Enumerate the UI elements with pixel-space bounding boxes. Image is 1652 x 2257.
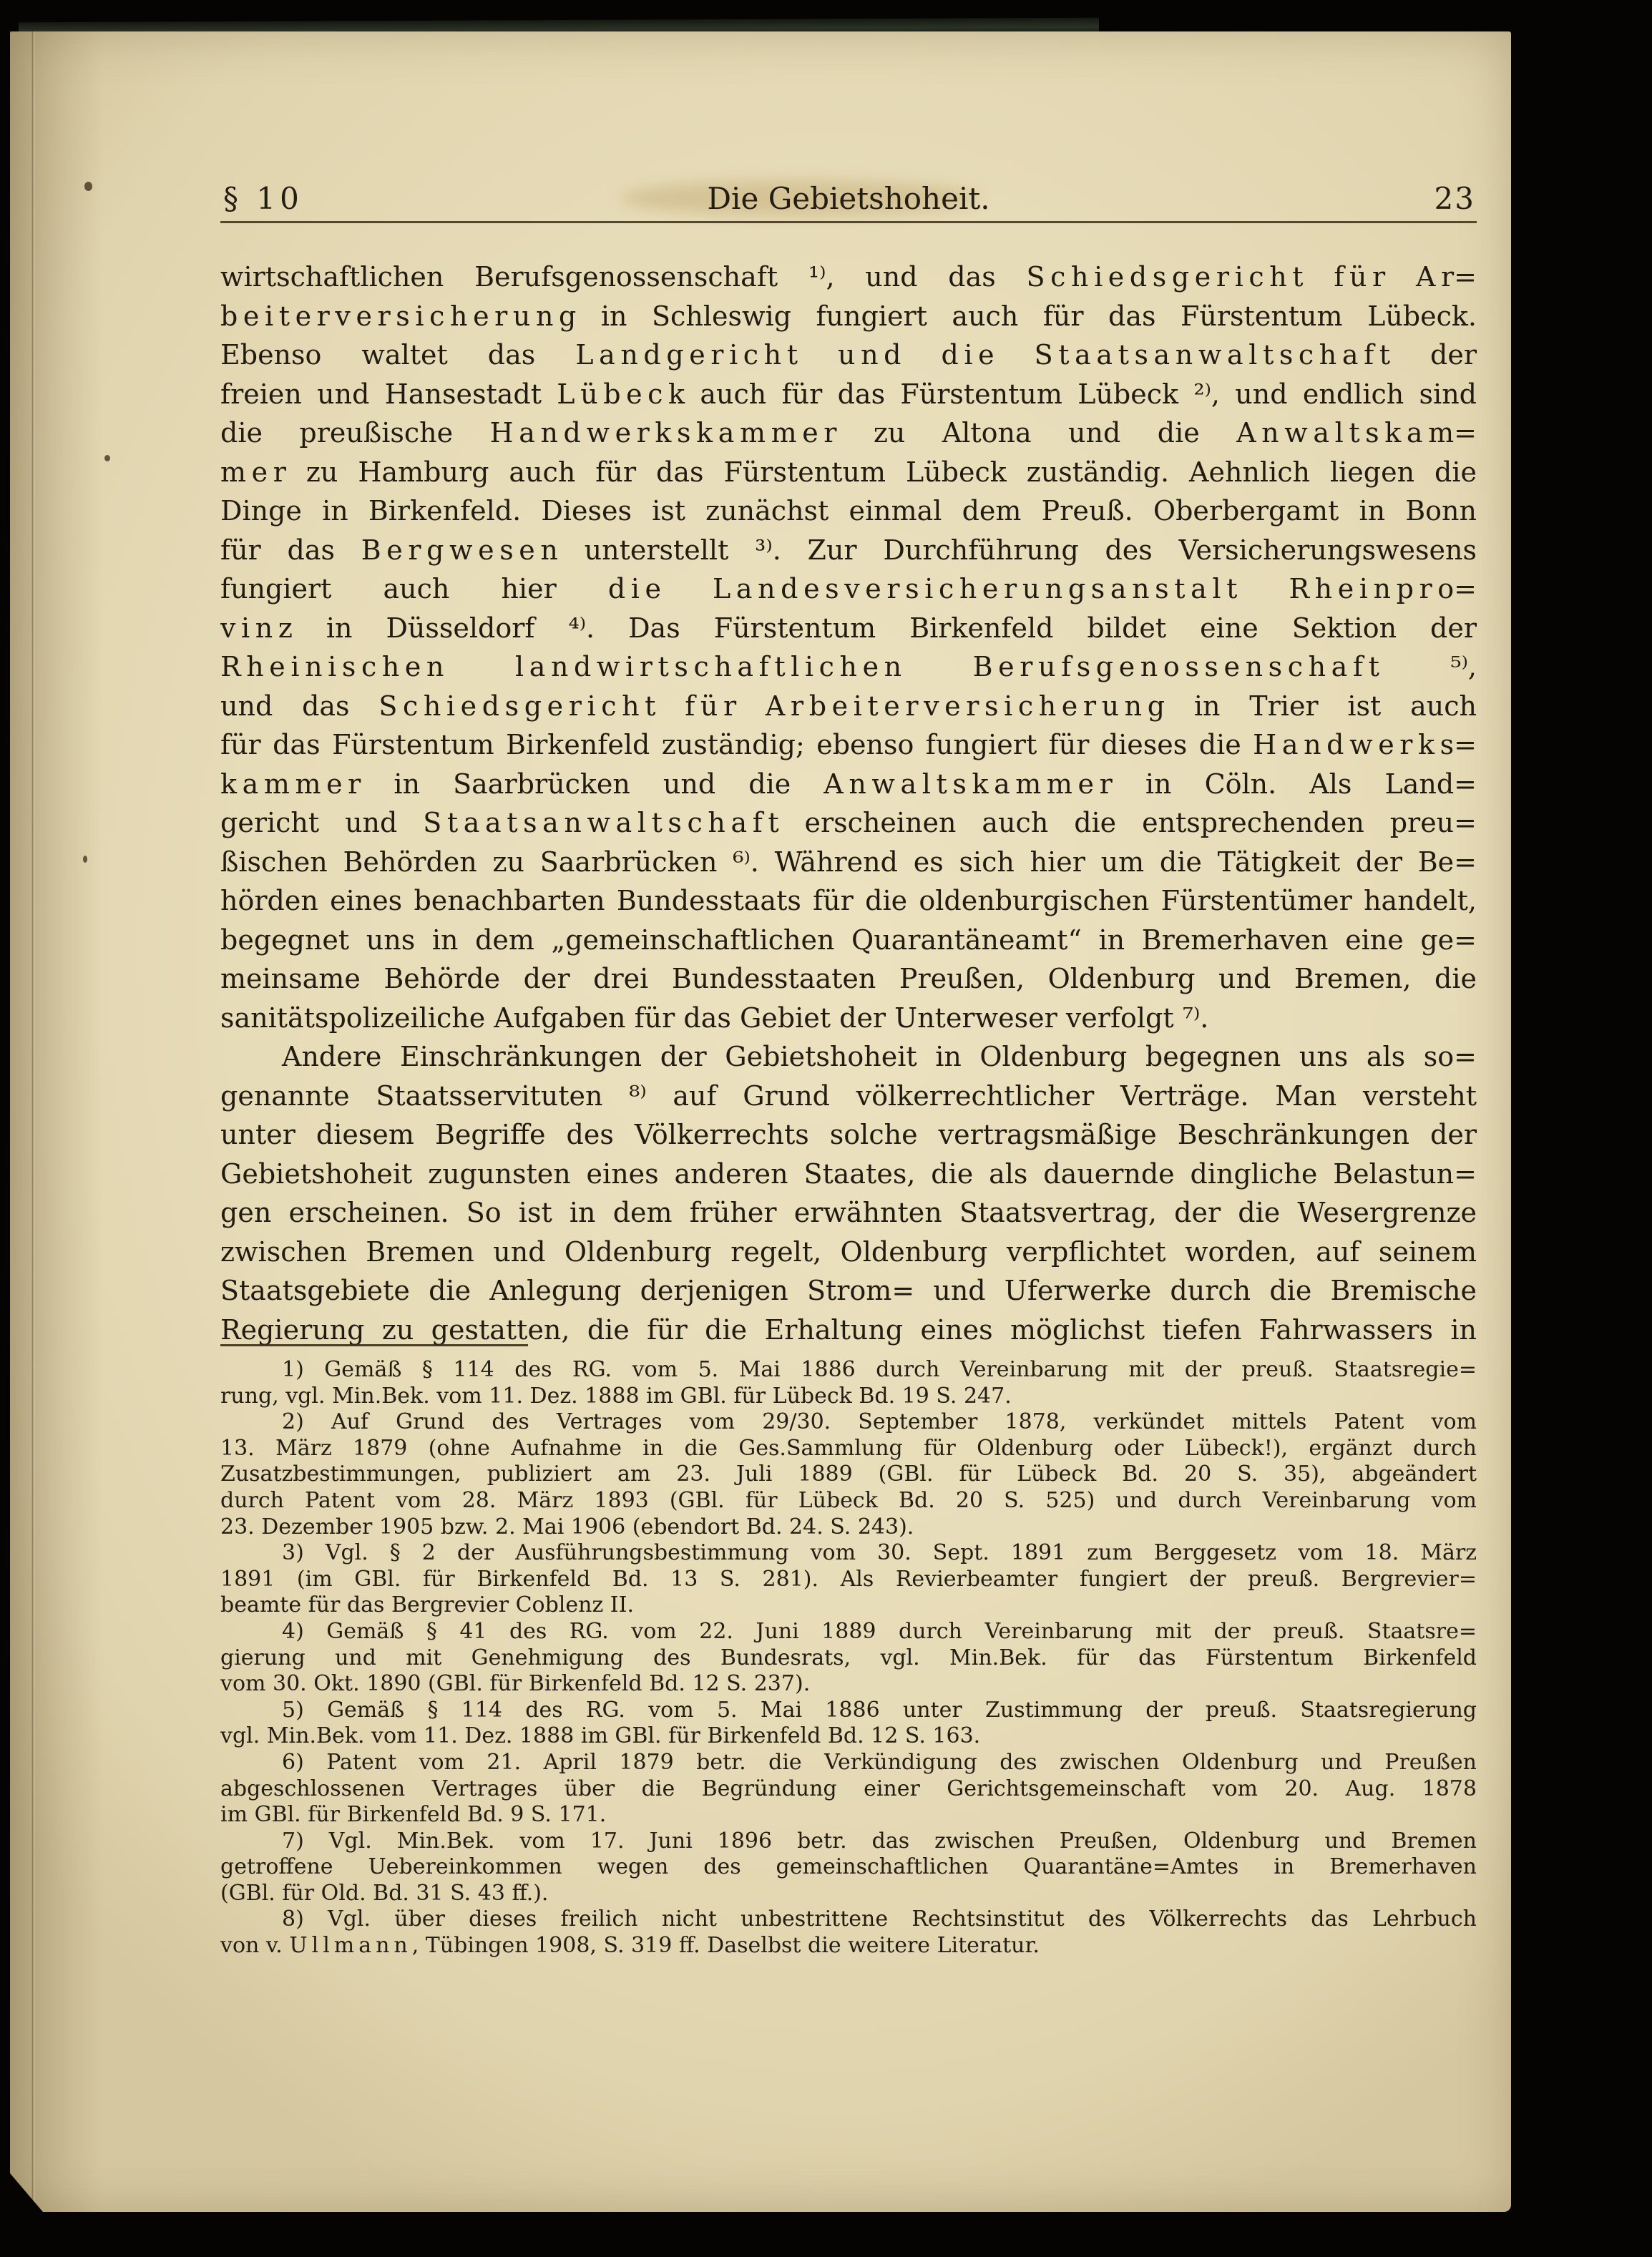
text-line: 13. März 1879 (ohne Aufnahme in die Ges.… (220, 1436, 1477, 1462)
gutter-crease (31, 31, 35, 2212)
text-line: wirtschaftlichen Berufsgenossenschaft ¹⁾… (220, 258, 1477, 297)
text-line: (GBl. für Old. Bd. 31 S. 43 ff.). (220, 1881, 1477, 1907)
text-line: sanitätspolizeiliche Aufgaben für das Ge… (220, 999, 1477, 1038)
text-line: 7) Vgl. Min.Bek. vom 17. Juni 1896 betr.… (220, 1828, 1477, 1855)
running-title: Die Gebietshoheit. (707, 181, 989, 216)
page-corner-fold (10, 2173, 43, 2212)
footnote: 8) Vgl. über dieses freilich nicht unbes… (220, 1906, 1477, 1959)
text-line: vgl. Min.Bek. vom 11. Dez. 1888 im GBl. … (220, 1723, 1477, 1750)
text-line: meinsame Behörde der drei Bundesstaaten … (220, 959, 1477, 999)
body-text: wirtschaftlichen Berufsgenossenschaft ¹⁾… (220, 258, 1477, 1349)
text-line: b e i t e r v e r s i c h e r u n g in S… (220, 297, 1477, 336)
text-line: abgeschlossenen Vertrages über die Begrü… (220, 1776, 1477, 1803)
text-line: zwischen Bremen und Oldenburg regelt, Ol… (220, 1233, 1477, 1272)
footnote: 1) Gemäß § 114 des RG. vom 5. Mai 1886 d… (220, 1357, 1477, 1409)
text-line: die preußische H a n d w e r k s k a m m… (220, 413, 1477, 453)
footnote-separator (220, 1344, 528, 1346)
footnote: 3) Vgl. § 2 der Ausführungsbestimmung vo… (220, 1540, 1477, 1619)
header-rule (220, 221, 1477, 223)
text-line: 6) Patent vom 21. April 1879 betr. die V… (220, 1750, 1477, 1776)
paragraph: Andere Einschränkungen der Gebietshoheit… (220, 1037, 1477, 1349)
text-line: durch Patent vom 28. März 1893 (GBl. für… (220, 1488, 1477, 1514)
text-line: 1) Gemäß § 114 des RG. vom 5. Mai 1886 d… (220, 1357, 1477, 1384)
text-line: gericht und S t a a t s a n w a l t s c … (220, 803, 1477, 843)
text-line: Dinge in Birkenfeld. Dieses ist zunächst… (220, 491, 1477, 531)
text-line: vom 30. Okt. 1890 (GBl. für Birkenfeld B… (220, 1671, 1477, 1698)
footnote: 7) Vgl. Min.Bek. vom 17. Juni 1896 betr.… (220, 1828, 1477, 1907)
page-speck (104, 455, 110, 461)
footnotes-block: 1) Gemäß § 114 des RG. vom 5. Mai 1886 d… (220, 1357, 1477, 1959)
text-line: Zusatzbestimmungen, publiziert am 23. Ju… (220, 1462, 1477, 1488)
text-line: Gebietshoheit zugunsten eines anderen St… (220, 1155, 1477, 1194)
text-line: im GBl. für Birkenfeld Bd. 9 S. 171. (220, 1802, 1477, 1828)
text-line: freien und Hansestadt L ü b e c k auch f… (220, 375, 1477, 414)
text-line: Regierung zu gestatten, die für die Erha… (220, 1311, 1477, 1350)
text-line: beamte für das Bergrevier Coblenz II. (220, 1592, 1477, 1619)
text-line: für das Fürstentum Birkenfeld zuständig;… (220, 725, 1477, 765)
page-speck (84, 182, 92, 191)
text-line: begegnet uns in dem „gemeinschaftlichen … (220, 921, 1477, 960)
text-line: genannte Staatsservituten ⁸⁾ auf Grund v… (220, 1077, 1477, 1116)
text-line: fungiert auch hier d i e L a n d e s v e… (220, 569, 1477, 609)
text-line: getroffene Uebereinkommen wegen des geme… (220, 1854, 1477, 1881)
text-line: gen erscheinen. So ist in dem früher erw… (220, 1193, 1477, 1233)
text-line: 3) Vgl. § 2 der Ausführungsbestimmung vo… (220, 1540, 1477, 1567)
text-line: 23. Dezember 1905 bzw. 2. Mai 1906 (eben… (220, 1514, 1477, 1541)
text-line: ßischen Behörden zu Saarbrücken ⁶⁾. Währ… (220, 843, 1477, 882)
scanned-book-page: § 10 Die Gebietshoheit. 23 wirtschaftlic… (0, 0, 1652, 2257)
footnote: 4) Gemäß § 41 des RG. vom 22. Juni 1889 … (220, 1619, 1477, 1698)
page-speck (83, 856, 87, 863)
text-line: R h e i n i s c h e n l a n d w i r t s … (220, 647, 1477, 687)
text-line: k a m m e r in Saarbrücken und die A n w… (220, 765, 1477, 804)
footnote: 6) Patent vom 21. April 1879 betr. die V… (220, 1750, 1477, 1828)
text-line: 1891 (im GBl. für Birkenfeld Bd. 13 S. 2… (220, 1567, 1477, 1593)
text-line: unter diesem Begriffe des Völkerrechts s… (220, 1115, 1477, 1155)
text-line: v i n z in Düsseldorf ⁴⁾. Das Fürstentum… (220, 609, 1477, 648)
text-line: für das B e r g w e s e n unterstellt ³⁾… (220, 531, 1477, 570)
text-line: von v. U l l m a n n , Tübingen 1908, S.… (220, 1933, 1477, 1959)
text-line: m e r zu Hamburg auch für das Fürstentum… (220, 453, 1477, 492)
text-line: Andere Einschränkungen der Gebietshoheit… (220, 1037, 1477, 1077)
text-line: 5) Gemäß § 114 des RG. vom 5. Mai 1886 u… (220, 1698, 1477, 1724)
page-header: § 10 Die Gebietshoheit. 23 (220, 179, 1477, 219)
text-line: gierung und mit Genehmigung des Bundesra… (220, 1645, 1477, 1672)
running-title-wrap: Die Gebietshoheit. (220, 179, 1477, 219)
text-line: 2) Auf Grund des Vertrages vom 29/30. Se… (220, 1409, 1477, 1436)
footnote: 5) Gemäß § 114 des RG. vom 5. Mai 1886 u… (220, 1698, 1477, 1750)
text-line: Staatsgebiete die Anlegung derjenigen St… (220, 1271, 1477, 1311)
text-line: rung, vgl. Min.Bek. vom 11. Dez. 1888 im… (220, 1384, 1477, 1410)
text-line: 8) Vgl. über dieses freilich nicht unbes… (220, 1906, 1477, 1933)
text-line: und das S c h i e d s g e r i c h t f ü … (220, 687, 1477, 726)
page-number: 23 (1434, 179, 1475, 219)
text-line: Ebenso waltet das L a n d g e r i c h t … (220, 336, 1477, 375)
footnote: 2) Auf Grund des Vertrages vom 29/30. Se… (220, 1409, 1477, 1540)
text-line: hörden eines benachbarten Bundesstaats f… (220, 881, 1477, 921)
paragraph: wirtschaftlichen Berufsgenossenschaft ¹⁾… (220, 258, 1477, 1037)
text-line: 4) Gemäß § 41 des RG. vom 22. Juni 1889 … (220, 1619, 1477, 1645)
